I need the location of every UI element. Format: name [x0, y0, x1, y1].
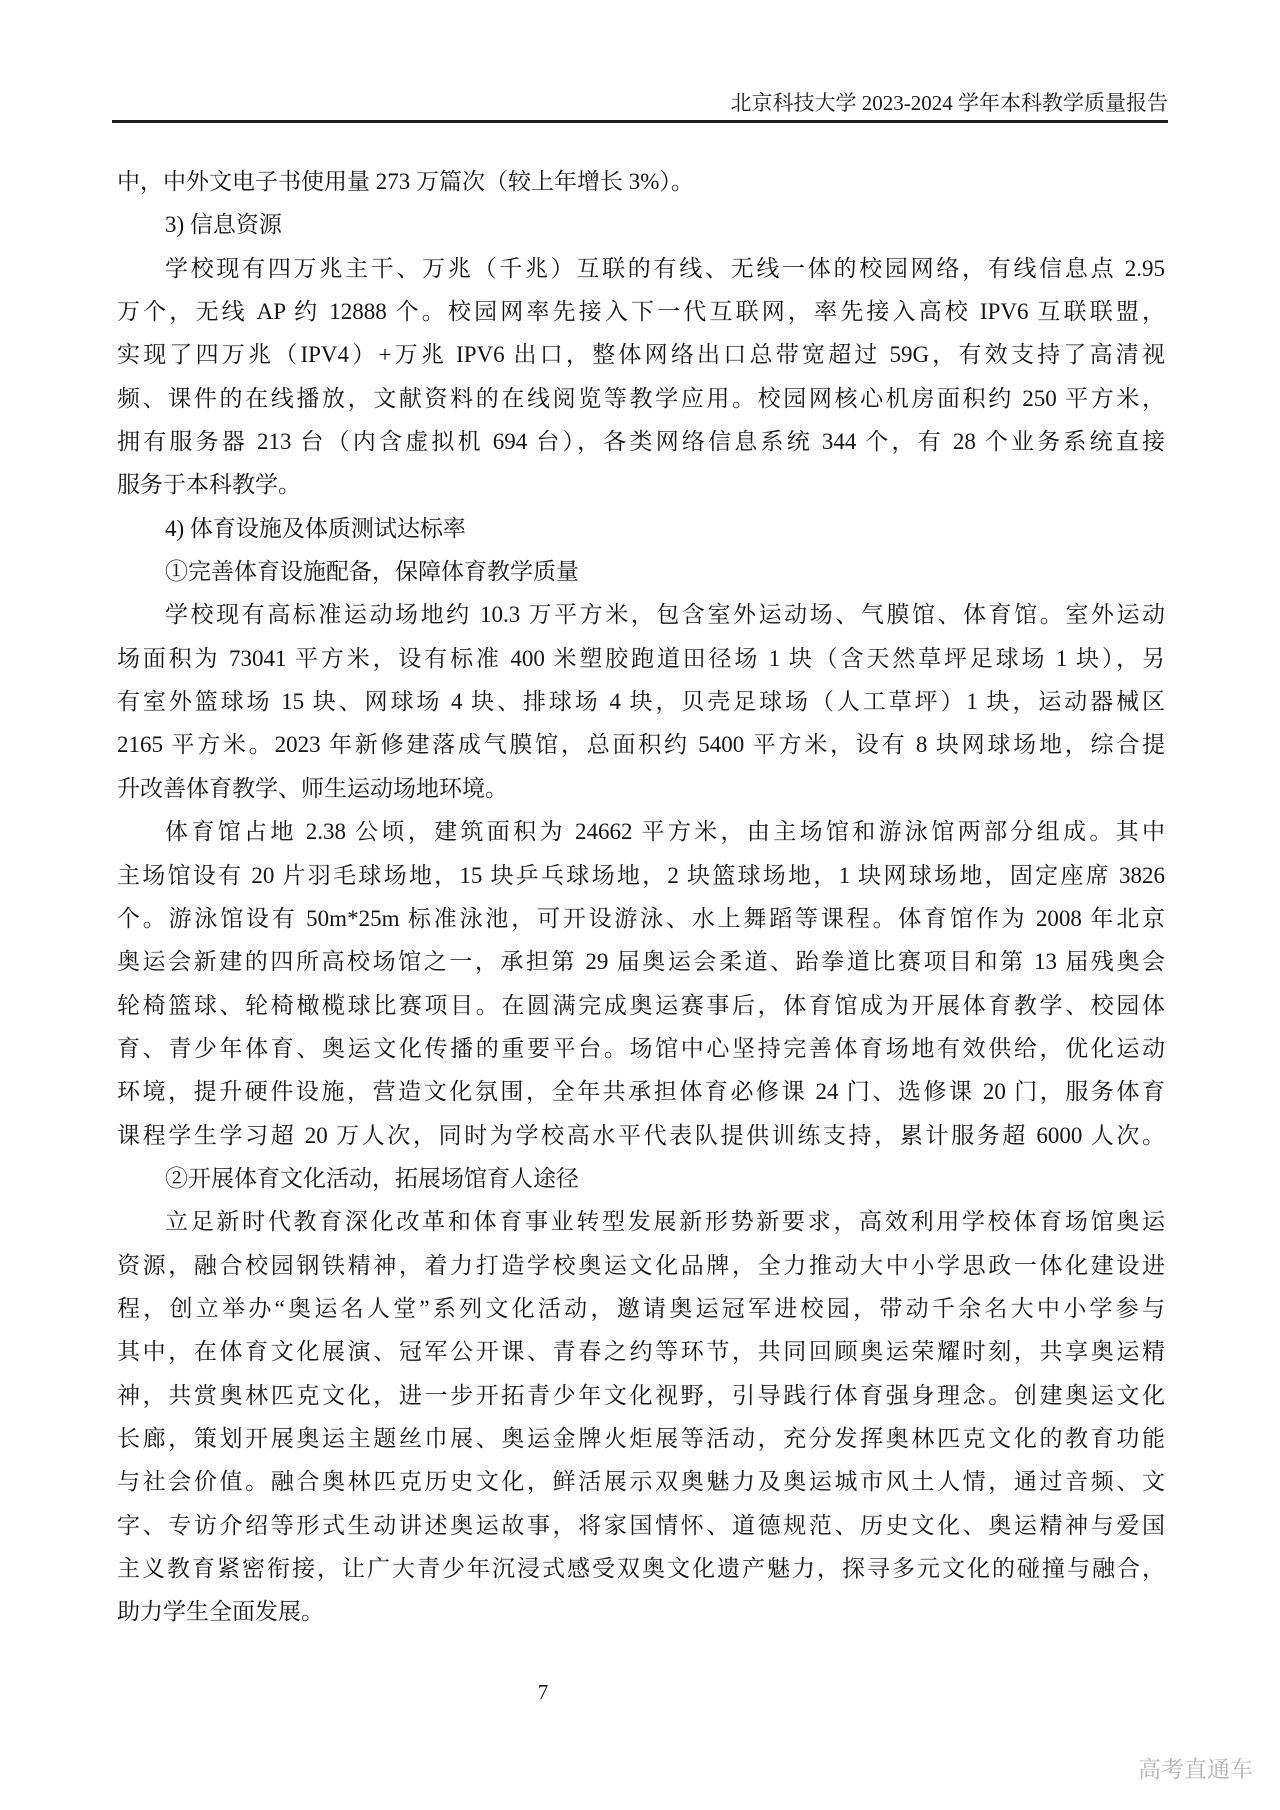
header-divider-rule [112, 120, 1168, 123]
header-title: 北京科技大学 2023-2024 学年本科教学质量报告 [731, 91, 1169, 115]
text-line: 拥有服务器 213 台（内含虚拟机 694 台），各类网络信息系统 344 个，… [117, 420, 1165, 463]
text-line: 神，共赏奥林匹克文化，进一步开拓青少年文化视野，引导践行体育强身理念。创建奥运文… [117, 1374, 1165, 1417]
text-line: 3) 信息资源 [117, 203, 1165, 246]
watermark-text: 高考直通车 [1138, 1751, 1253, 1784]
text-line: ①完善体育设施配备，保障体育教学质量 [117, 550, 1165, 593]
text-line: 与社会价值。融合奥林匹克历史文化，鲜活展示双奥魅力及奥运城市风土人情，通过音频、… [117, 1460, 1165, 1503]
text-line: 4) 体育设施及体质测试达标率 [117, 507, 1165, 550]
text-line: 实现了四万兆（IPV4）+万兆 IPV6 出口，整体网络出口总带宽超过 59G，… [117, 333, 1165, 376]
text-line: 育、青少年体育、奥运文化传播的重要平台。场馆中心坚持完善体育场地有效供给，优化运… [117, 1027, 1165, 1070]
page-number: 7 [528, 1680, 558, 1705]
text-line: 2165 平方米。2023 年新修建落成气膜馆，总面积约 5400 平方米，设有… [117, 723, 1165, 766]
text-line: 主义教育紧密衔接，让广大青少年沉浸式感受双奥文化遗产魅力，探寻多元文化的碰撞与融… [117, 1547, 1165, 1590]
text-line: 场面积为 73041 平方米，设有标准 400 米塑胶跑道田径场 1 块（含天然… [117, 637, 1165, 680]
text-line: 长廊，策划开展奥运主题丝巾展、奥运金牌火炬展等活动，充分发挥奥林匹克文化的教育功… [117, 1417, 1165, 1460]
text-line: 服务于本科教学。 [117, 463, 1165, 506]
text-line: 字、专访介绍等形式生动讲述奥运故事，将家国情怀、道德规范、历史文化、奥运精神与爱… [117, 1504, 1165, 1547]
document-body: 中，中外文电子书使用量 273 万篇次（较上年增长 3%）。3) 信息资源学校现… [117, 160, 1165, 1634]
text-line: 助力学生全面发展。 [117, 1590, 1165, 1633]
text-line: 轮椅篮球、轮椅橄榄球比赛项目。在圆满完成奥运赛事后，体育馆成为开展体育教学、校园… [117, 984, 1165, 1027]
text-line: 奥运会新建的四所高校场馆之一，承担第 29 届奥运会柔道、跆拳道比赛项目和第 1… [117, 940, 1165, 983]
text-line: 有室外篮球场 15 块、网球场 4 块、排球场 4 块，贝壳足球场（人工草坪）1… [117, 680, 1165, 723]
text-line: 课程学生学习超 20 万人次，同时为学校高水平代表队提供训练支持，累计服务超 6… [117, 1114, 1165, 1157]
text-line: 其中，在体育文化展演、冠军公开课、青春之约等环节，共同回顾奥运荣耀时刻，共享奥运… [117, 1330, 1165, 1373]
text-line: 个。游泳馆设有 50m*25m 标准泳池，可开设游泳、水上舞蹈等课程。体育馆作为… [117, 897, 1165, 940]
text-line: 学校现有高标准运动场地约 10.3 万平方米，包含室外运动场、气膜馆、体育馆。室… [117, 593, 1165, 636]
page-header: 北京科技大学 2023-2024 学年本科教学质量报告 [112, 88, 1168, 118]
text-line: ②开展体育文化活动，拓展场馆育人途径 [117, 1157, 1165, 1200]
text-line: 升改善体育教学、师生运动场地环境。 [117, 767, 1165, 810]
text-line: 中，中外文电子书使用量 273 万篇次（较上年增长 3%）。 [117, 160, 1165, 203]
text-line: 万个，无线 AP 约 12888 个。校园网率先接入下一代互联网，率先接入高校 … [117, 290, 1165, 333]
text-line: 环境，提升硬件设施，营造文化氛围，全年共承担体育必修课 24 门、选修课 20 … [117, 1070, 1165, 1113]
text-line: 程，创立举办“奥运名人堂”系列文化活动，邀请奥运冠军进校园，带动千余名大中小学参… [117, 1287, 1165, 1330]
text-line: 主场馆设有 20 片羽毛球场地，15 块乒乓球场地，2 块篮球场地，1 块网球场… [117, 854, 1165, 897]
text-line: 立足新时代教育深化改革和体育事业转型发展新形势新要求，高效利用学校体育场馆奥运 [117, 1200, 1165, 1243]
text-line: 学校现有四万兆主干、万兆（千兆）互联的有线、无线一体的校园网络，有线信息点 2.… [117, 247, 1165, 290]
text-line: 体育馆占地 2.38 公顷，建筑面积为 24662 平方米，由主场馆和游泳馆两部… [117, 810, 1165, 853]
text-line: 频、课件的在线播放，文献资料的在线阅览等教学应用。校园网核心机房面积约 250 … [117, 377, 1165, 420]
document-page: 北京科技大学 2023-2024 学年本科教学质量报告 中，中外文电子书使用量 … [0, 0, 1280, 1810]
text-line: 资源，融合校园钢铁精神，着力打造学校奥运文化品牌，全力推动大中小学思政一体化建设… [117, 1244, 1165, 1287]
